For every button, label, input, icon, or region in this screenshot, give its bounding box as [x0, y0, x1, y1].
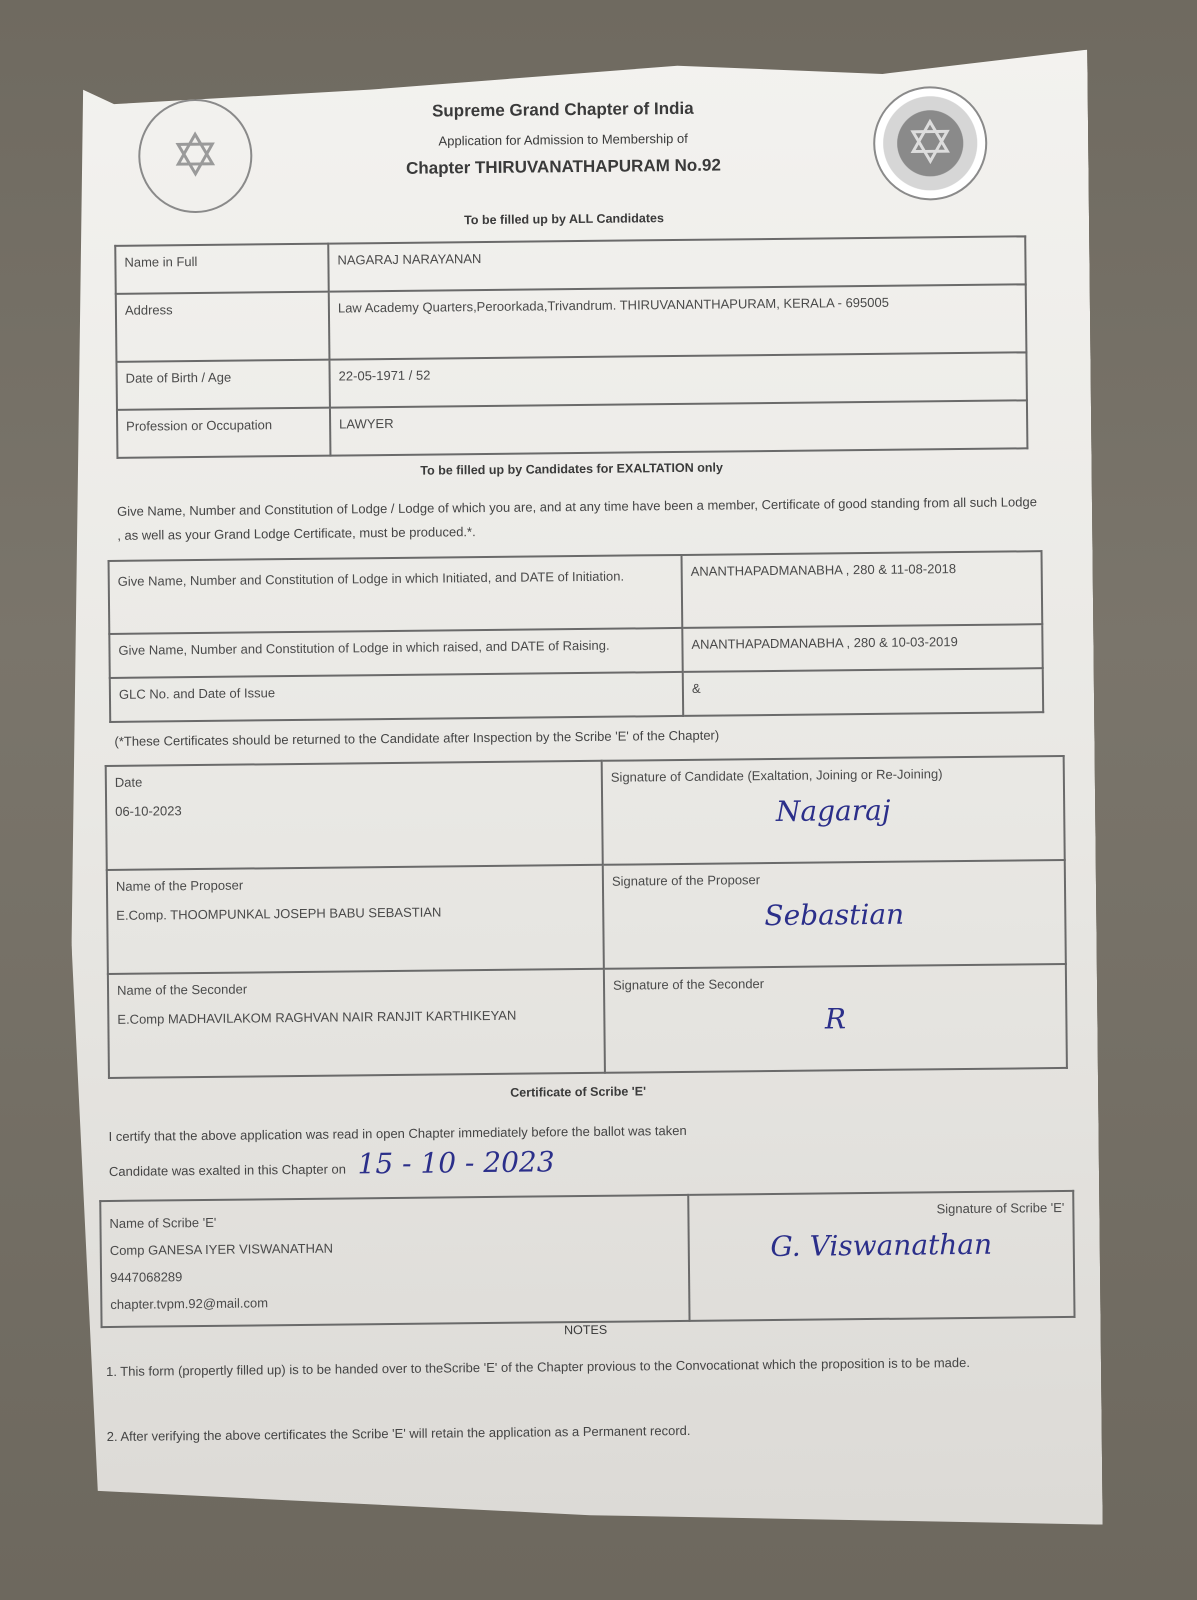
chapter-title: Chapter THIRUVANATHAPURAM No.92	[383, 155, 743, 179]
initiation-label: Give Name, Number and Constitution of Lo…	[109, 555, 683, 634]
exalted-date: 15 - 10 - 2023	[357, 1145, 554, 1180]
initiation-value: ANANTHAPADMANABHA , 280 & 11-08-2018	[682, 551, 1043, 628]
name-value: NAGARAJ NARAYANAN	[328, 236, 1025, 291]
seconder-label: Name of the Seconder	[117, 982, 247, 998]
profession-label: Profession or Occupation	[117, 408, 330, 458]
date-value: 06-10-2023	[115, 799, 593, 819]
lodge-table: Give Name, Number and Constitution of Lo…	[108, 550, 1045, 723]
exaltation-heading: To be filled up by Candidates for EXALTA…	[347, 460, 797, 479]
star-seal-icon: ✡	[170, 126, 221, 187]
regional-grand-chapter-seal: ✡	[873, 86, 988, 201]
raising-label: Give Name, Number and Constitution of Lo…	[109, 628, 682, 678]
scribe-certificate-heading: Certificate of Scribe 'E'	[453, 1084, 703, 1101]
scribe-signature: G. Viswanathan	[698, 1227, 1065, 1264]
candidate-signature-cell: Signature of Candidate (Exaltation, Join…	[602, 756, 1065, 865]
seconder-cell: Name of the SeconderE.Comp MADHAVILAKOM …	[108, 969, 605, 1078]
table-row: AddressLaw Academy Quarters,Peroorkada,T…	[116, 284, 1027, 362]
table-row: Name of the ProposerE.Comp. THOOMPUNKAL …	[107, 860, 1066, 974]
dob-label: Date of Birth / Age	[116, 360, 329, 410]
proposer-signature: Sebastian	[612, 896, 1056, 934]
name-label: Name in Full	[115, 244, 328, 294]
personal-details-table: Name in FullNAGARAJ NARAYANAN AddressLaw…	[114, 235, 1028, 459]
proposer-signature-label: Signature of the Proposer	[612, 872, 760, 889]
scribe-signature-cell: Signature of Scribe 'E' G. Viswanathan	[688, 1191, 1074, 1321]
glc-value: &	[683, 668, 1043, 716]
date-label: Date	[115, 775, 143, 790]
proposer-cell: Name of the ProposerE.Comp. THOOMPUNKAL …	[107, 865, 604, 974]
supreme-grand-chapter-seal: ✡	[138, 98, 253, 213]
signatures-table: Date06-10-2023 Signature of Candidate (E…	[105, 755, 1068, 1079]
star-seal-icon: ✡	[905, 113, 956, 174]
proposer-name: E.Comp. THOOMPUNKAL JOSEPH BABU SEBASTIA…	[116, 903, 594, 923]
certificates-footnote: (*These Certificates should be returned …	[114, 720, 1034, 754]
note-2: 2. After verifying the above certificate…	[107, 1415, 1077, 1449]
dob-value: 22-05-1971 / 52	[329, 352, 1026, 407]
form-subtitle: Application for Admission to Membership …	[383, 130, 743, 149]
seconder-signature-cell: Signature of the SeconderR	[604, 964, 1067, 1073]
seconder-name: E.Comp MADHAVILAKOM RAGHVAN NAIR RANJIT …	[117, 1007, 595, 1027]
table-row: Date06-10-2023 Signature of Candidate (E…	[106, 756, 1065, 870]
table-row: GLC No. and Date of Issue&	[110, 668, 1043, 722]
exaltation-instruction: Give Name, Number and Constitution of Lo…	[117, 490, 1037, 548]
seconder-signature-label: Signature of the Seconder	[613, 976, 764, 993]
scribe-certify-text: I certify that the above application was…	[108, 1116, 1008, 1149]
note-1: 1. This form (propertly filled up) is to…	[106, 1350, 1076, 1384]
exalted-label: Candidate was exalted in this Chapter on	[109, 1161, 346, 1178]
table-row: Name of Scribe 'E' Comp GANESA IYER VISW…	[100, 1191, 1074, 1327]
proposer-label: Name of the Proposer	[116, 878, 243, 894]
date-cell: Date06-10-2023	[106, 761, 603, 870]
candidate-signature-label: Signature of Candidate (Exaltation, Join…	[611, 766, 943, 784]
scribe-email: chapter.tvpm.92@mail.com	[110, 1285, 680, 1318]
scribe-table: Name of Scribe 'E' Comp GANESA IYER VISW…	[99, 1190, 1075, 1328]
notes-heading: NOTES	[516, 1322, 656, 1337]
proposer-signature-cell: Signature of the ProposerSebastian	[603, 860, 1066, 969]
scribe-details-cell: Name of Scribe 'E' Comp GANESA IYER VISW…	[100, 1195, 689, 1327]
address-value: Law Academy Quarters,Peroorkada,Trivandr…	[329, 284, 1027, 359]
candidate-signature: Nagaraj	[611, 792, 1055, 830]
glc-label: GLC No. and Date of Issue	[110, 672, 683, 722]
profession-value: LAWYER	[330, 400, 1027, 455]
address-label: Address	[116, 292, 330, 362]
table-row: Profession or OccupationLAWYER	[117, 400, 1027, 458]
form-header: Supreme Grand Chapter of India Applicati…	[383, 98, 744, 179]
all-candidates-heading: To be filled up by ALL Candidates	[384, 210, 744, 228]
raising-value: ANANTHAPADMANABHA , 280 & 10-03-2019	[682, 624, 1042, 672]
table-row: Name of the SeconderE.Comp MADHAVILAKOM …	[108, 964, 1067, 1078]
exalted-line: Candidate was exalted in this Chapter on…	[109, 1146, 1009, 1184]
scribe-signature-label: Signature of Scribe 'E'	[697, 1200, 1064, 1219]
seconder-signature: R	[613, 1000, 1057, 1038]
application-form: ✡ ✡ Supreme Grand Chapter of India Appli…	[62, 50, 1102, 1536]
org-title: Supreme Grand Chapter of India	[383, 98, 743, 122]
table-row: Give Name, Number and Constitution of Lo…	[109, 551, 1043, 634]
